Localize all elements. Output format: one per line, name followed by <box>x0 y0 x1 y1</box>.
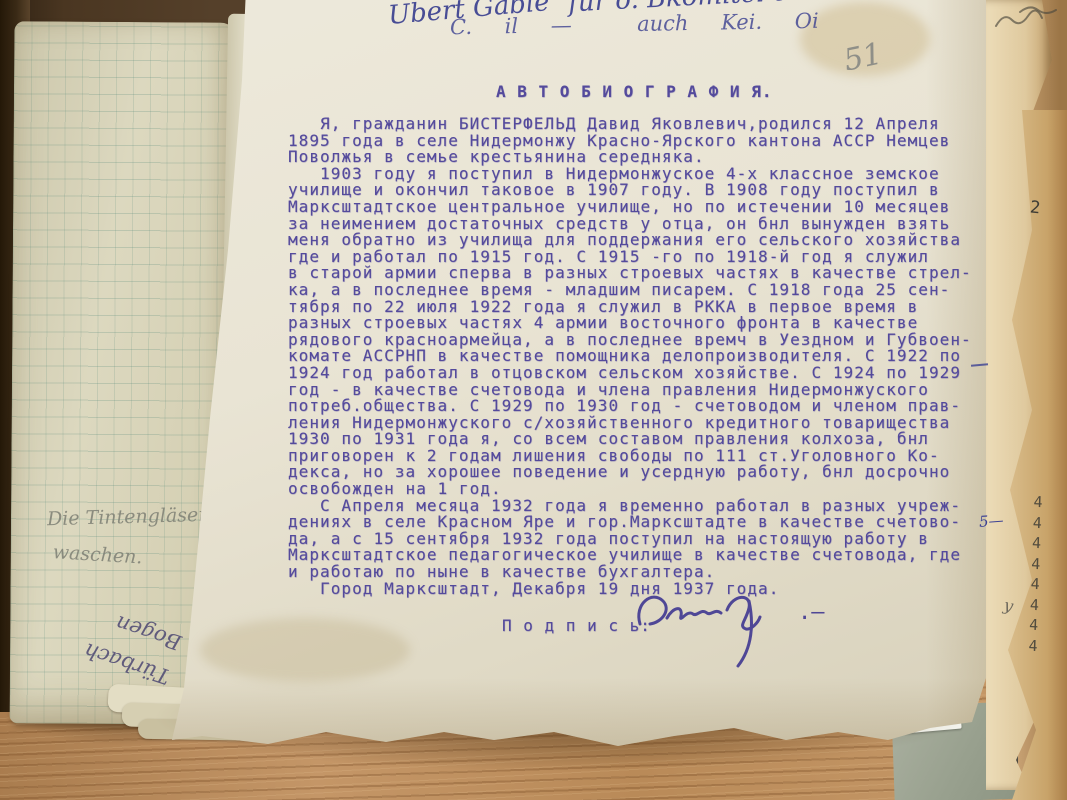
blue-ink-mark: 5— <box>978 511 1004 531</box>
pencil-note-line2: waschen. <box>52 541 143 568</box>
rotated-ink-note: Türbach Bogen <box>40 585 186 694</box>
pencil-note-line1: Die Tintengläser <box>47 504 208 530</box>
document-title: А В Т О Б И О Г Р А Ф И Я. <box>496 82 772 101</box>
german-handwriting-line2: C. il — auch Kei. Oi <box>450 9 819 39</box>
typed-document-page: Ubert Gable für o. Bkomitel erhalten. C.… <box>150 0 1002 768</box>
edge-number: 2 <box>1029 198 1041 219</box>
signature-end-mark: .— <box>798 600 825 625</box>
document-body-text: Я, гражданин БИСТЕРФЕЛЬД Давид Яковлевич… <box>288 116 972 597</box>
signature-label: П о д п и с ь: <box>502 616 651 635</box>
paper-stain <box>200 618 410 682</box>
signature-scrawl <box>630 576 805 671</box>
archive-photo: Die Tintengläser waschen. Türbach Bogen … <box>0 0 1067 800</box>
pencil-scribble-icon <box>990 0 1066 50</box>
